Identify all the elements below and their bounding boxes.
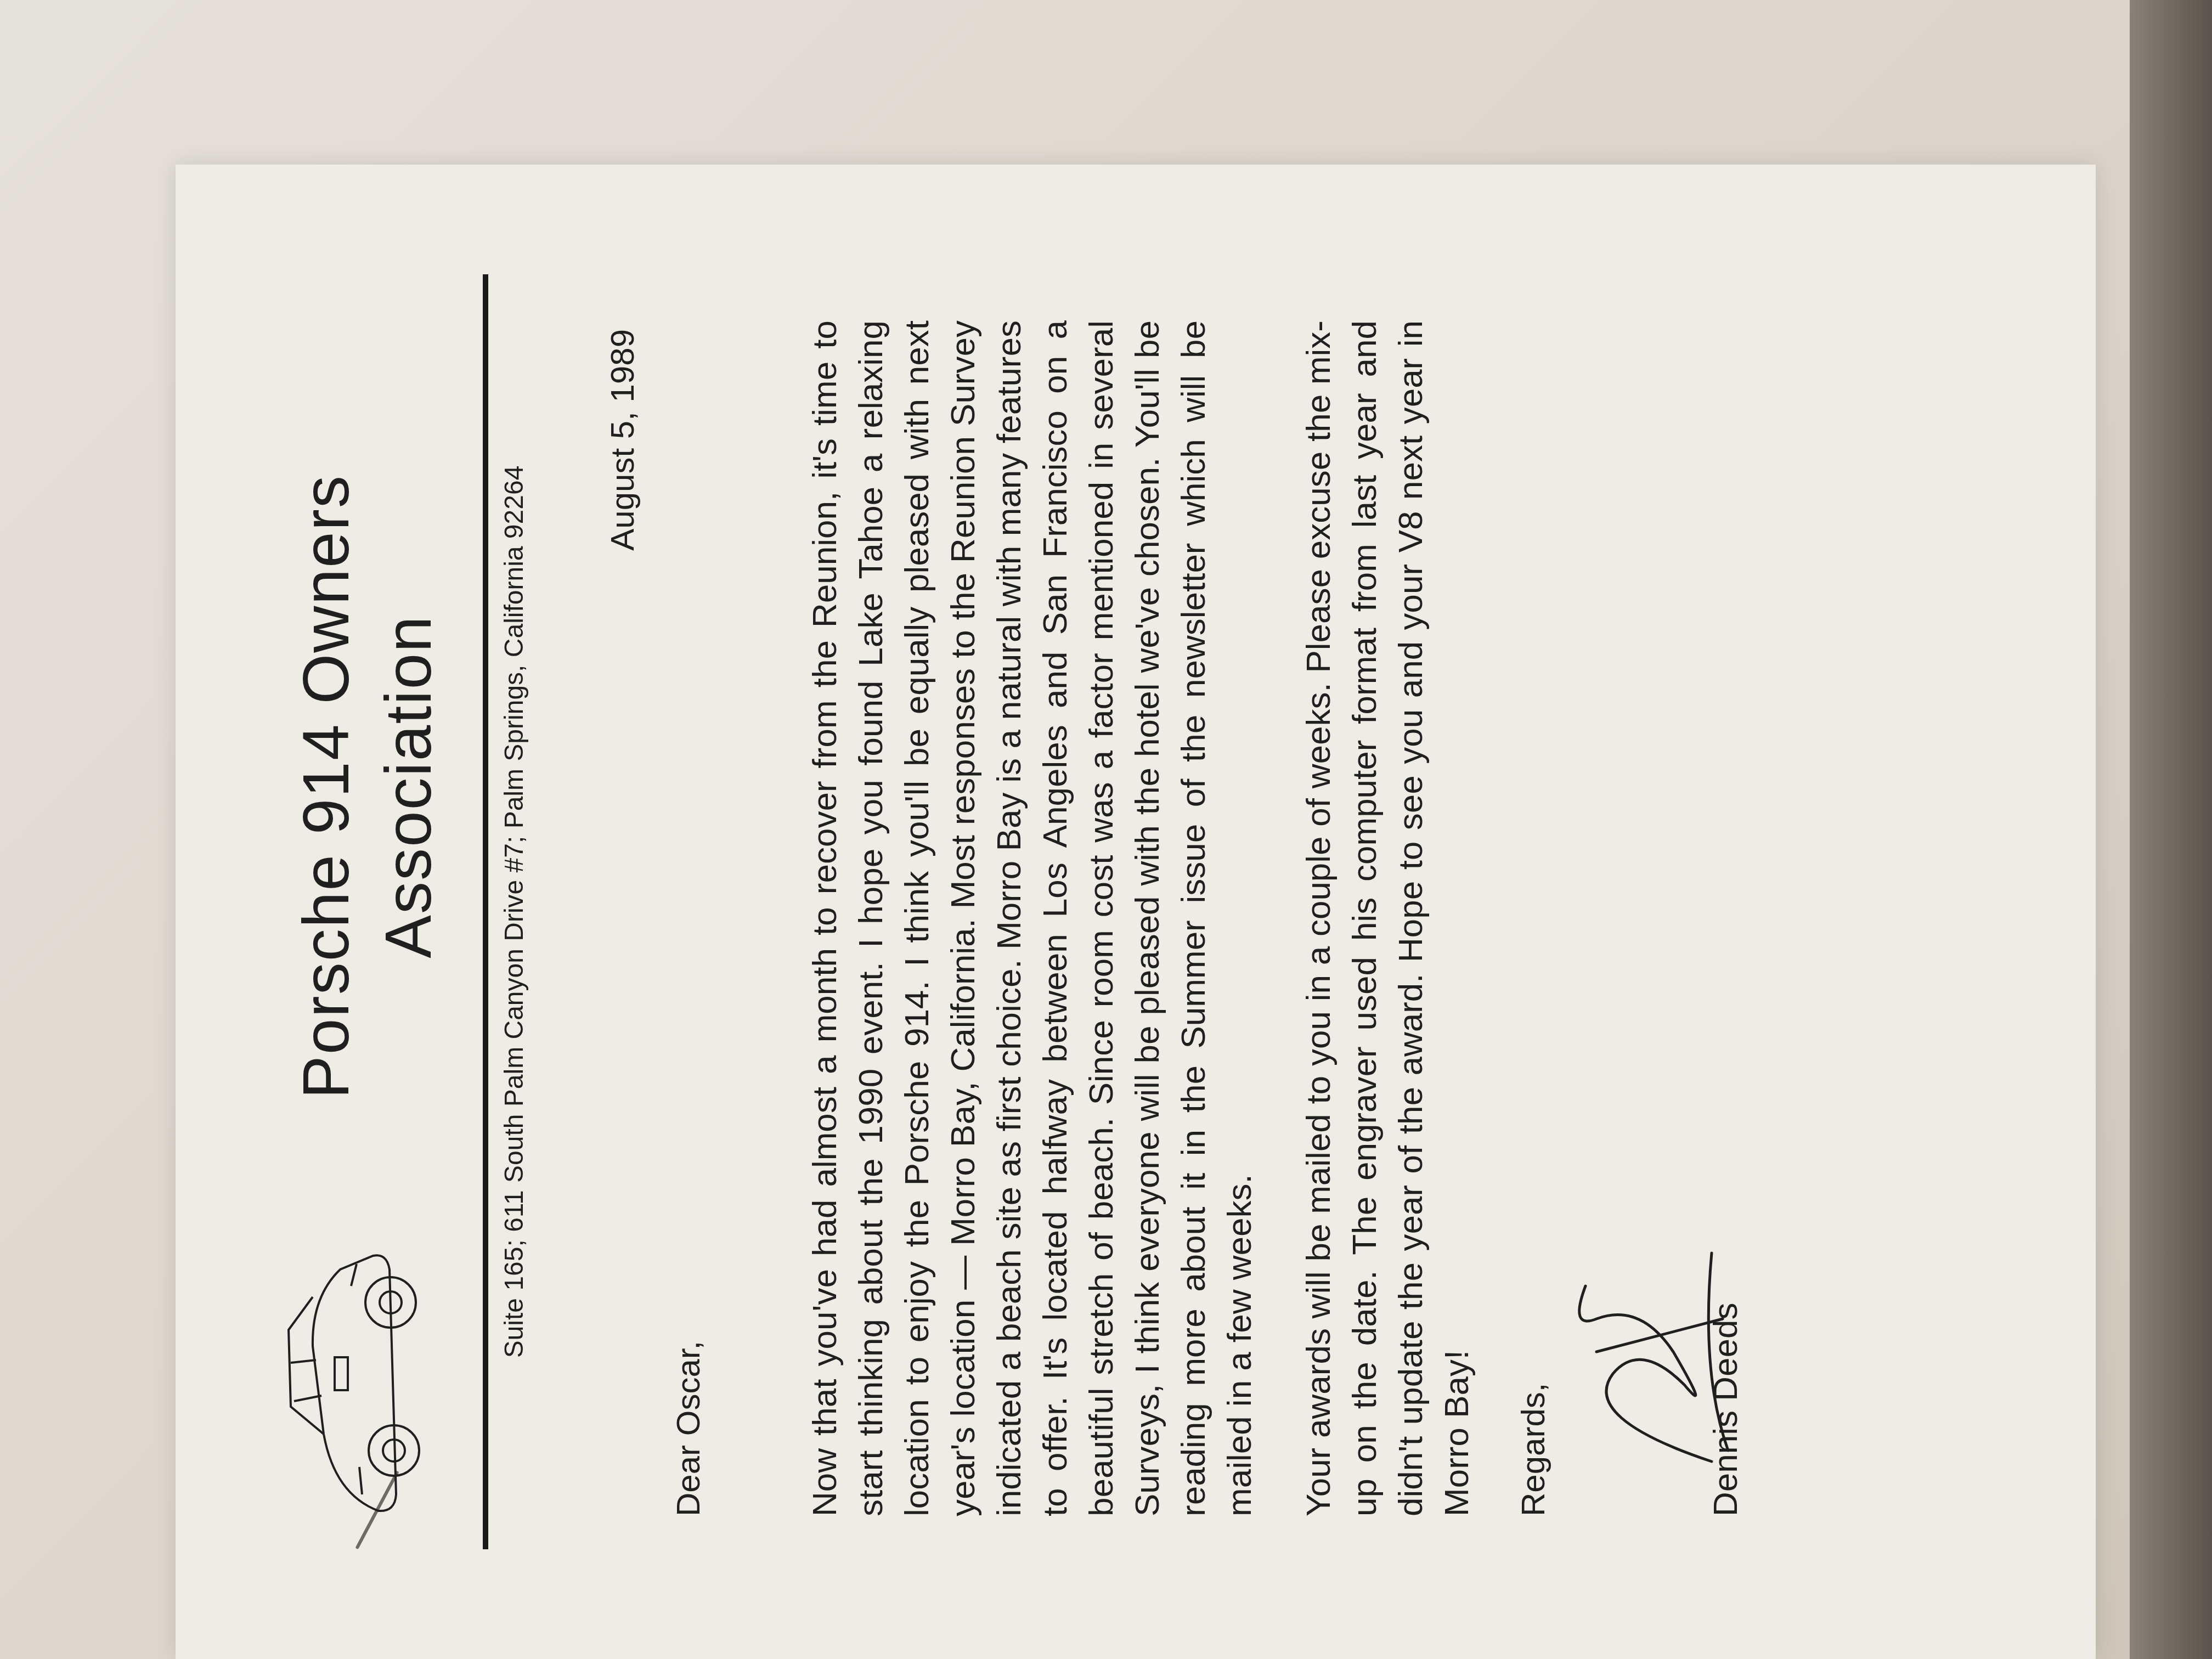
organization-name-line1: Porsche 914 Owners bbox=[285, 375, 368, 1198]
organization-name-line2: Association bbox=[368, 375, 450, 1198]
letter-date: August 5, 1989 bbox=[603, 329, 641, 551]
letter-greeting: Dear Oscar, bbox=[669, 1341, 707, 1516]
letter-closing: Regards, bbox=[1514, 1383, 1552, 1516]
letterhead: Porsche 914 Owners Association Suite 165… bbox=[252, 274, 560, 1549]
letter-content: Porsche 914 Owners Association Suite 165… bbox=[176, 165, 2096, 1659]
letterhead-rule bbox=[483, 274, 488, 1549]
signer-name: Dennis Deeds bbox=[1706, 1303, 1745, 1516]
letter-sheet: Porsche 914 Owners Association Suite 165… bbox=[176, 165, 2096, 1659]
body-paragraph: Now that you've had almost a month to re… bbox=[802, 320, 1263, 1516]
background-edge bbox=[2130, 0, 2212, 1659]
organization-name: Porsche 914 Owners Association bbox=[285, 375, 450, 1198]
body-paragraph: Your awards will be mailed to you in a c… bbox=[1296, 320, 1480, 1516]
organization-address: Suite 165; 611 South Palm Canyon Drive #… bbox=[499, 274, 529, 1549]
car-illustration-icon bbox=[269, 1242, 433, 1527]
